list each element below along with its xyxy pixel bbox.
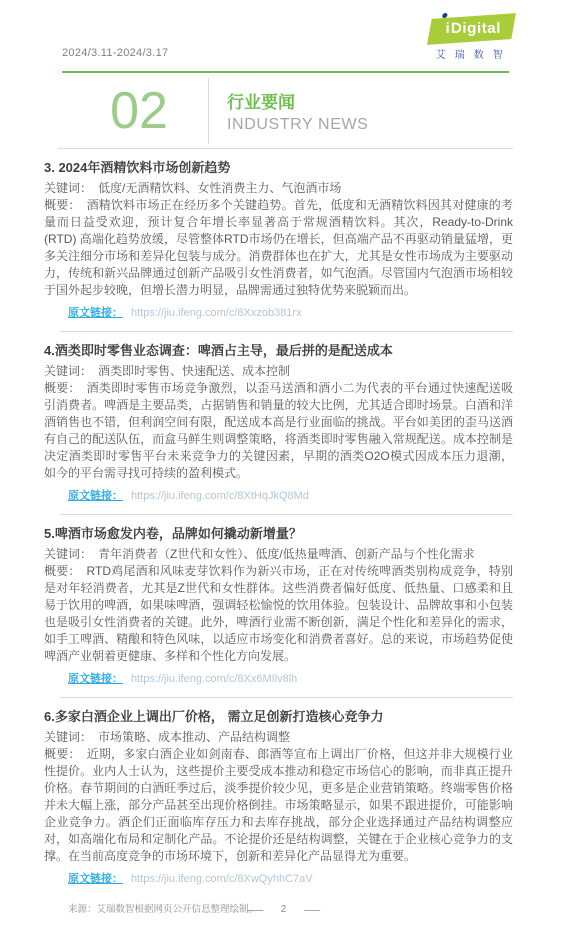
article-link-row: 原文链接：https://jiu.ifeng.com/c/8Xxzob381rx bbox=[68, 306, 513, 321]
article-link-row: 原文链接：https://jiu.ifeng.com/c/8Xx6MIlv8lh bbox=[68, 672, 513, 687]
keywords-value: 酒类即时零售、快速配送、成本控制 bbox=[98, 364, 290, 378]
source-link-url[interactable]: https://jiu.ifeng.com/c/8XtHqJkQ8Md bbox=[131, 490, 309, 502]
section-title-en: INDUSTRY NEWS bbox=[227, 116, 368, 134]
article-link-row: 原文链接：https://jiu.ifeng.com/c/8XwQyhhC7aV bbox=[68, 872, 513, 887]
date-range: 2024/3.11-2024/3.17 bbox=[62, 47, 168, 61]
keywords-label: 关键词： bbox=[44, 547, 92, 561]
summary-text: RTD鸡尾酒和风味麦芽饮料作为新兴市场，正在对传统啤酒类别构成竞争，特别是对年轻… bbox=[44, 564, 513, 663]
article-summary: 概要：近期，多家白酒企业如剑南春、郎酒等宣布上调出厂价格，但这并非大规模行业性提… bbox=[44, 746, 513, 865]
logo-subtitle: 艾瑞数智 bbox=[430, 46, 513, 61]
source-link[interactable]: 原文链接： bbox=[68, 490, 123, 502]
top-bar: 2024/3.11-2024/3.17 iDigital 艾瑞数智 bbox=[62, 38, 513, 61]
article-summary: 概要：RTD鸡尾酒和风味麦芽饮料作为新兴市场，正在对传统啤酒类别构成竞争，特别是… bbox=[44, 563, 513, 665]
keywords-value: 市场策略、成本推动、产品结构调整 bbox=[98, 730, 290, 744]
keywords-value: 青年消费者（Z世代和女性）、低度/低热量啤酒、创新产品与个性化需求 bbox=[98, 547, 475, 561]
section-header-divider bbox=[208, 78, 209, 144]
article-summary: 概要：酒精饮料市场正在经历多个关键趋势。首先，低度和无酒精饮料因其对健康的考量而… bbox=[44, 197, 513, 299]
summary-text: 酒精饮料市场正在经历多个关键趋势。首先，低度和无酒精饮料因其对健康的考量而日益受… bbox=[44, 198, 513, 297]
idigital-logo: iDigital 艾瑞数智 bbox=[430, 16, 513, 61]
news-article-6: 6.多家白酒企业上调出厂价格， 需立足创新打造核心竞争力 关键词：市场策略、成本… bbox=[44, 708, 513, 887]
summary-label: 概要： bbox=[44, 198, 81, 212]
section-titles: 行业要闻 INDUSTRY NEWS bbox=[227, 88, 368, 134]
article-link-row: 原文链接：https://jiu.ifeng.com/c/8XtHqJkQ8Md bbox=[68, 489, 513, 504]
article-title: 6.多家白酒企业上调出厂价格， 需立足创新打造核心竞争力 bbox=[44, 708, 513, 725]
keywords-label: 关键词： bbox=[44, 730, 92, 744]
source-link-url[interactable]: https://jiu.ifeng.com/c/8Xxzob381rx bbox=[131, 307, 302, 319]
news-list: 3. 2024年酒精饮料市场创新趋势 关键词：低度/无酒精饮料、女性消费主力、气… bbox=[44, 159, 513, 887]
summary-label: 概要： bbox=[44, 381, 81, 395]
article-summary: 概要：酒类即时零售市场竞争激烈，以歪马送酒和酒小二为代表的平台通过快速配送吸引消… bbox=[44, 380, 513, 482]
page-number: 2 bbox=[281, 905, 287, 915]
summary-label: 概要： bbox=[44, 747, 81, 761]
article-divider bbox=[60, 514, 513, 515]
news-article-4: 4.酒类即时零售业态调查：啤酒占主导，最后拼的是配送成本 关键词：酒类即时零售、… bbox=[44, 342, 513, 504]
article-keywords: 关键词：市场策略、成本推动、产品结构调整 bbox=[44, 729, 513, 746]
source-link-url[interactable]: https://jiu.ifeng.com/c/8XwQyhhC7aV bbox=[131, 873, 313, 885]
summary-text: 酒类即时零售市场竞争激烈，以歪马送酒和酒小二为代表的平台通过快速配送吸引消费者。… bbox=[44, 381, 513, 480]
report-page: 2024/3.11-2024/3.17 iDigital 艾瑞数智 02 行业要… bbox=[0, 0, 567, 929]
keywords-value: 低度/无酒精饮料、女性消费主力、气泡酒市场 bbox=[98, 181, 341, 195]
keywords-label: 关键词： bbox=[44, 181, 92, 195]
summary-label: 概要： bbox=[44, 564, 81, 578]
article-divider bbox=[60, 331, 513, 332]
article-keywords: 关键词：低度/无酒精饮料、女性消费主力、气泡酒市场 bbox=[44, 180, 513, 197]
article-title: 4.酒类即时零售业态调查：啤酒占主导，最后拼的是配送成本 bbox=[44, 342, 513, 359]
footer-source-note: 来源：艾瑞数智根据网页公开信息整理绘制。 bbox=[68, 901, 258, 915]
source-link-url[interactable]: https://jiu.ifeng.com/c/8Xx6MIlv8lh bbox=[131, 673, 297, 685]
logo-banner: iDigital bbox=[428, 13, 516, 45]
section-title-cn: 行业要闻 bbox=[227, 88, 368, 113]
source-link[interactable]: 原文链接： bbox=[68, 307, 123, 319]
keywords-label: 关键词： bbox=[44, 364, 92, 378]
logo-wordmark: iDigital bbox=[446, 20, 502, 38]
pager-dash-right bbox=[304, 910, 320, 911]
article-title: 3. 2024年酒精饮料市场创新趋势 bbox=[44, 159, 513, 176]
news-article-5: 5.啤酒市场愈发内卷，品牌如何撬动新增量？ 关键词：青年消费者（Z世代和女性）、… bbox=[44, 525, 513, 687]
article-keywords: 关键词：青年消费者（Z世代和女性）、低度/低热量啤酒、创新产品与个性化需求 bbox=[44, 546, 513, 563]
source-link[interactable]: 原文链接： bbox=[68, 673, 123, 685]
summary-text: 近期，多家白酒企业如剑南春、郎酒等宣布上调出厂价格，但这并非大规模行业性提价。业… bbox=[44, 747, 513, 863]
article-divider bbox=[60, 697, 513, 698]
section-header: 02 行业要闻 INDUSTRY NEWS bbox=[58, 73, 513, 149]
news-article-3: 3. 2024年酒精饮料市场创新趋势 关键词：低度/无酒精饮料、女性消费主力、气… bbox=[44, 159, 513, 321]
page-number-indicator: 2 bbox=[247, 905, 321, 915]
article-keywords: 关键词：酒类即时零售、快速配送、成本控制 bbox=[44, 363, 513, 380]
article-title: 5.啤酒市场愈发内卷，品牌如何撬动新增量？ bbox=[44, 525, 513, 542]
section-number: 02 bbox=[84, 81, 194, 141]
logo-i-dot-icon bbox=[442, 13, 448, 18]
page-footer: 来源：艾瑞数智根据网页公开信息整理绘制。 2 bbox=[0, 901, 567, 917]
source-link[interactable]: 原文链接： bbox=[68, 873, 123, 885]
pager-dash-left bbox=[247, 910, 263, 911]
logo-brand: Digital bbox=[451, 20, 501, 37]
